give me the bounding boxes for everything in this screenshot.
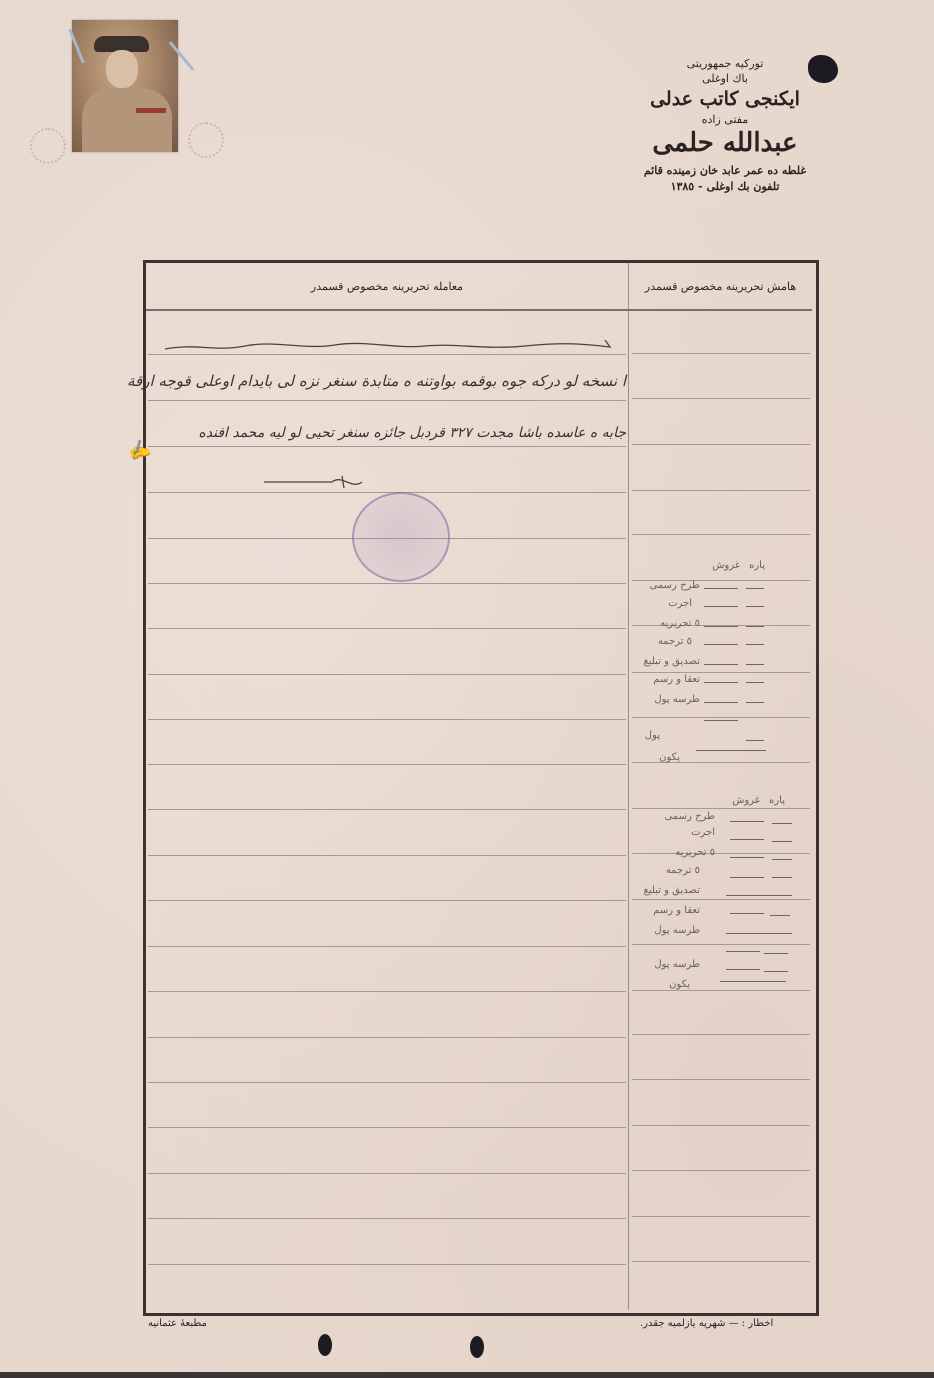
fee-label: طرسه پول [654, 959, 700, 970]
photo-uniform [82, 88, 172, 152]
form-frame [143, 260, 819, 1316]
signature-stroke-icon [262, 472, 372, 492]
fee-label: يكون [659, 752, 680, 763]
printer-imprint: مطبعهٔ عثمانيه [148, 1318, 207, 1329]
letterhead-address: غلطه ده عمر عابد خان زمينده قائم [600, 164, 850, 177]
fees-col-kurus: غروش [732, 795, 760, 806]
fee-label: تعقا و رسم [653, 905, 700, 916]
fee-label: پول [645, 730, 660, 741]
emboss-seal-icon [30, 128, 66, 164]
ruled-line [148, 991, 626, 992]
margin-ruled-line [632, 1261, 810, 1262]
fee-label: تصديق و تبليغ [644, 656, 700, 667]
fee-label: طرح رسمى [665, 811, 715, 822]
ruled-line [148, 674, 626, 675]
ruled-line [148, 1264, 626, 1265]
margin-ruled-line [632, 353, 810, 354]
letterhead: توركيه جمهوريتى باك اوغلى ايكنجى كاتب عد… [600, 55, 850, 196]
margin-ruled-line [632, 534, 810, 535]
fees-col-para: پاره [769, 795, 785, 806]
ruled-line [148, 628, 626, 629]
letterhead-republic: توركيه جمهوريتى [600, 57, 850, 70]
letterhead-office-title: ايكنجى كاتب عدلى [600, 88, 850, 110]
fee-label: طرح رسمى [650, 580, 700, 591]
ruled-line [148, 446, 626, 447]
fee-label: ٥ ترجمه [666, 865, 700, 876]
fees-col-para: پاره [749, 560, 765, 571]
letterhead-family: مفتى زاده [600, 113, 850, 126]
fee-label: ٥ تحريريه [675, 847, 715, 858]
ruled-line [148, 1127, 626, 1128]
fees-table-2: غروش پاره طرح رسمى اجرت ٥ تحريريه ٥ ترجم… [630, 795, 810, 1000]
fee-label: اجرت [691, 827, 715, 838]
scan-edge [0, 1372, 934, 1378]
fee-label: تصديق و تبليغ [644, 885, 700, 896]
letterhead-phone: تلفون بك اوغلى - ١٣٨٥ [600, 180, 850, 193]
ruled-line [148, 583, 626, 584]
footer-warning: اخطار : — شهريه يازلميه جقدر. [640, 1318, 773, 1329]
ruled-line [148, 946, 626, 947]
fees-col-kurus: غروش [712, 560, 740, 571]
fees-table-1: غروش پاره طرح رسمى اجرت ٥ تحريريه ٥ ترجم… [630, 560, 810, 770]
ruled-line [148, 900, 626, 901]
margin-ruled-line [632, 1170, 810, 1171]
header-transaction-section: معامله تحريرينه مخصوص قسمدر [146, 263, 628, 309]
fee-label: تعقا و رسم [653, 674, 700, 685]
ruled-line [148, 764, 626, 765]
ruled-line [148, 354, 626, 355]
wavy-underline-icon [165, 340, 615, 354]
margin-ruled-line [632, 444, 810, 445]
letterhead-notary-name: عبدالله حلمى [600, 128, 850, 158]
ruled-line [148, 1037, 626, 1038]
fee-label: اجرت [668, 598, 692, 609]
margin-ruled-line [632, 1125, 810, 1126]
ruled-line [148, 719, 626, 720]
fee-label: يكون [669, 979, 690, 990]
margin-ruled-line [632, 1079, 810, 1080]
margin-ruled-line [632, 398, 810, 399]
photo-face [106, 50, 138, 88]
ruled-line [148, 1173, 626, 1174]
header-divider [146, 309, 812, 311]
punch-hole [318, 1334, 332, 1356]
handwritten-line-2: جابه ه عاسده باشا مجدت ٣٢٧ قردبل جائزه س… [160, 425, 626, 441]
column-divider [628, 263, 629, 1310]
ruled-line [148, 400, 626, 401]
header-margin-section: هامش تحريرينه مخصوص قسمدر [629, 263, 812, 309]
photo-ribbon [136, 108, 166, 113]
fee-label: ٥ تحريريه [660, 618, 700, 629]
ruled-line [148, 1218, 626, 1219]
fee-label: طرسه پول [654, 694, 700, 705]
margin-ruled-line [632, 490, 810, 491]
emboss-seal-icon [188, 122, 224, 158]
ruled-line [148, 809, 626, 810]
ruled-line [148, 855, 626, 856]
margin-ruled-line [632, 1034, 810, 1035]
punch-hole [470, 1336, 484, 1358]
handwritten-line-1: ا نسخه لو دركه جوه بوقمه بواوتنه ه متابد… [148, 372, 626, 390]
portrait-photo [72, 20, 178, 152]
fee-label: طرسه پول [654, 925, 700, 936]
notary-seal-stamp [352, 492, 450, 582]
fee-label: ٥ ترجمه [658, 636, 692, 647]
margin-ruled-line [632, 1216, 810, 1217]
letterhead-district: باك اوغلى [600, 72, 850, 85]
ruled-line [148, 1082, 626, 1083]
